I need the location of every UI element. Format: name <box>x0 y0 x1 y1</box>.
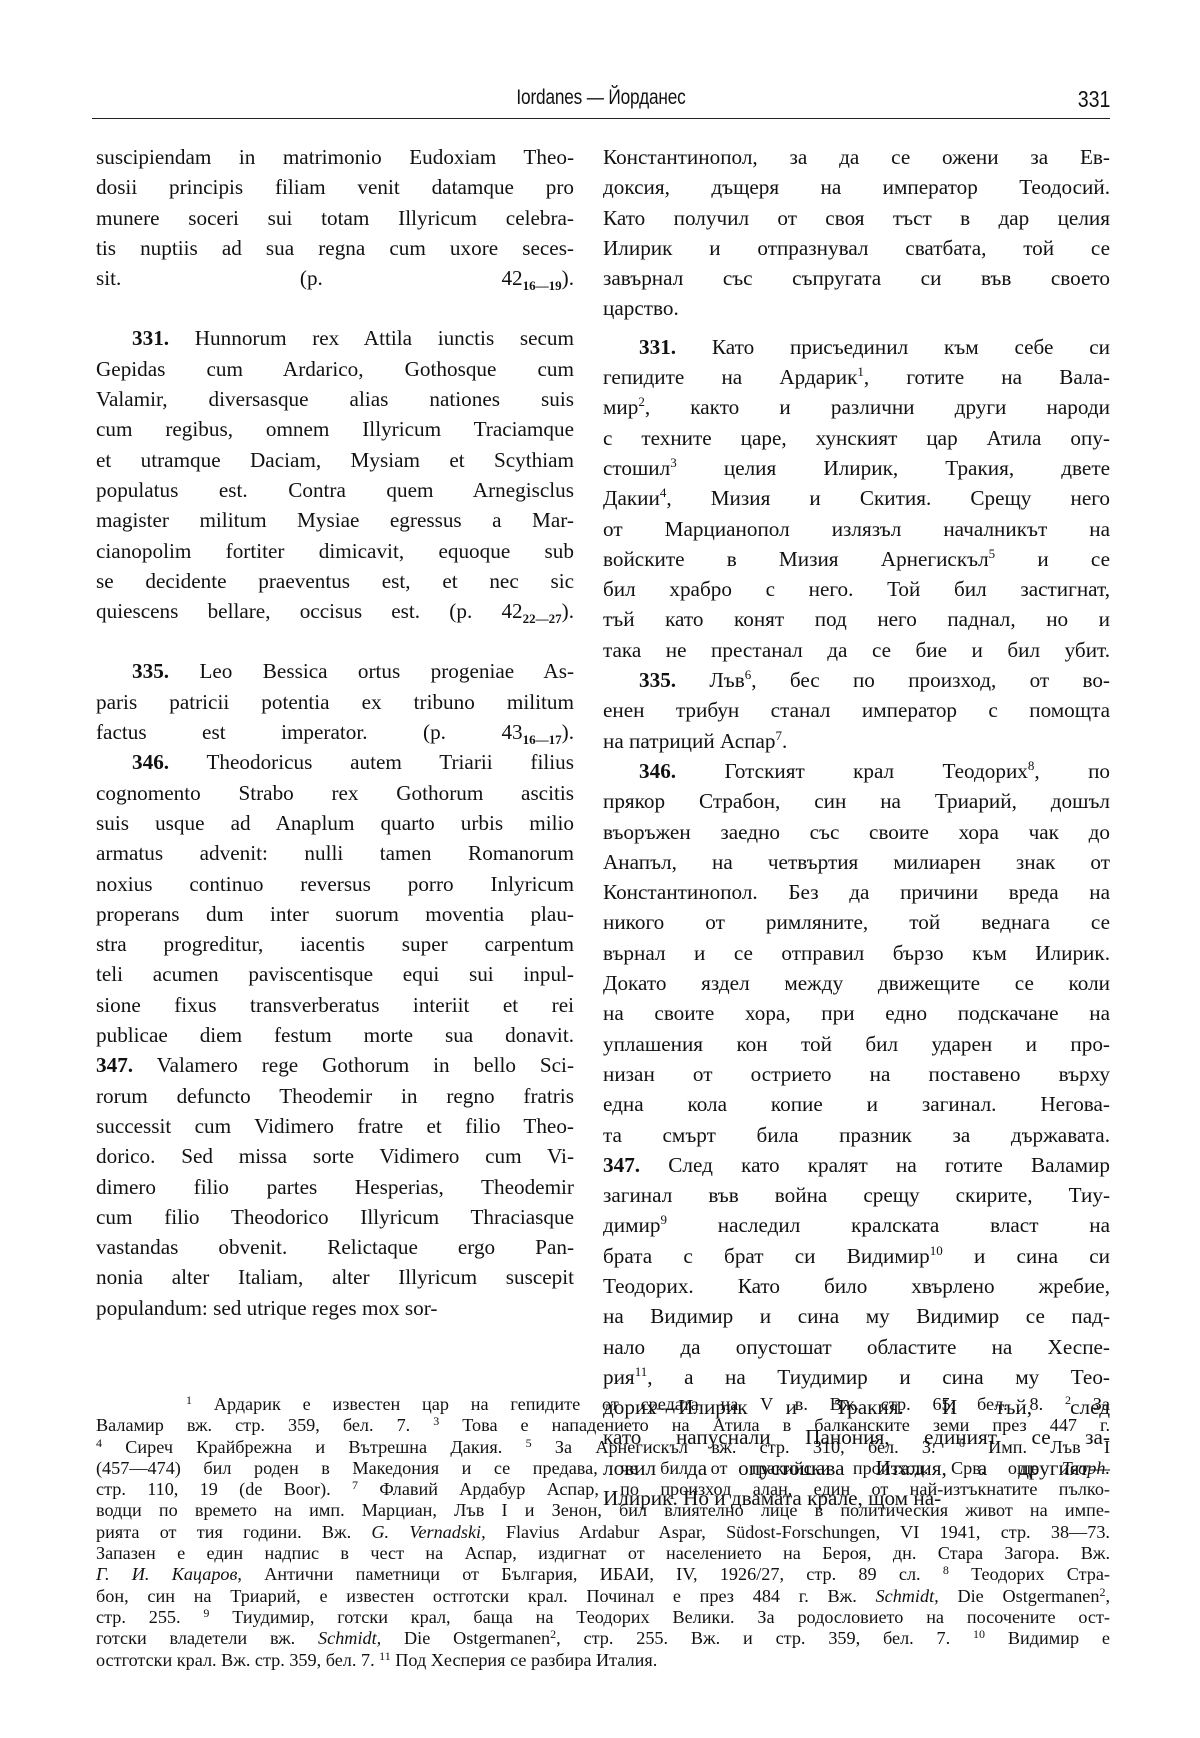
line-text: dimero filio partes Hesperias, Theodemir <box>96 1175 574 1199</box>
line-text: мир <box>603 395 638 419</box>
section-number: 346. <box>132 750 169 774</box>
bulgarian-column: Константинопол, за да се ожени за Ев-док… <box>603 142 1110 1513</box>
page-line-ref: 16—17 <box>523 732 562 747</box>
text-line: войските в Мизия Арнегискъл5 и се <box>603 544 1110 574</box>
line-text: Константинопол, за да се ожени за Ев- <box>603 145 1110 169</box>
line-text: една кола копие и загинал. Негова- <box>603 1092 1110 1116</box>
footnote-text: Валамир вж. стр. 359, бел. 7. <box>96 1415 433 1435</box>
text-line: доксия, дъщеря на император Теодосий. <box>603 172 1110 202</box>
running-title: Iordanes — Йорданес <box>184 86 1019 110</box>
line-text: Готският крал Теодорих <box>676 759 1028 783</box>
line-text: , по <box>1034 759 1110 783</box>
line-text: magister militum Mysiae egressus a Mar- <box>96 508 574 532</box>
section-number: 331. <box>639 335 676 359</box>
line-text: sione fixus transverberatus interiit et … <box>96 993 574 1017</box>
line-text: върнал и се отправил бързо към Илирик. <box>603 941 1110 965</box>
footnote-text: Под Хесперия се разбира Италия. <box>391 1650 658 1670</box>
line-text: ). <box>562 266 574 290</box>
text-line: Теодорих. Като било хвърлено жребие, <box>603 1271 1110 1301</box>
line-text: ). <box>562 599 574 623</box>
text-line: една кола копие и загинал. Негова- <box>603 1089 1110 1119</box>
line-text: димир <box>603 1213 660 1237</box>
footnote-text: Die Ostgermanen <box>381 1628 550 1648</box>
line-text: наследил кралската власт на <box>667 1213 1110 1237</box>
footnote-text: Flavius Ardabur Aspar, Südost-Forschunge… <box>486 1522 1110 1542</box>
footnote-line: готски владетели вж. Schmidt, Die Ostger… <box>96 1628 1110 1649</box>
page-number: 331 <box>1077 86 1110 113</box>
section-number: 335. <box>132 659 169 683</box>
line-text: quiescens bellare, occisus est. (p. 42 <box>96 599 523 623</box>
footnote-line: 4 Сиреч Крайбрежна и Вътрешна Дакия. 5 З… <box>96 1437 1110 1458</box>
text-line: та смърт била празник за държавата. <box>603 1120 1110 1150</box>
text-line: Докато яздел между движещите се коли <box>603 968 1110 998</box>
line-text: dosii principis filiam venit datamque pr… <box>96 175 574 199</box>
text-line: se decidente praeventus est, et nec sic <box>96 566 574 596</box>
line-text: publicae diem festum morte sua donavit. <box>96 1023 574 1047</box>
footnote-text: Флавий Ардабур Аспар, по произход алан, … <box>358 1479 1110 1499</box>
line-text: Hunnorum rex Attila iunctis secum <box>169 326 574 350</box>
footnote-line: остготски крал. Вж. стр. 359, бел. 7. 11… <box>96 1650 1110 1671</box>
footnote-text: готски владетели вж. <box>96 1628 318 1648</box>
footnote-line: Запазен е един надпис в чест на Аспар, и… <box>96 1543 1110 1564</box>
text-line: Дакии4, Мизия и Скития. Срещу него <box>603 483 1110 513</box>
text-line: tis nuptiis ad sua regna cum uxore seces… <box>96 233 574 263</box>
text-line: cognomento Strabo rex Gothorum ascitis <box>96 778 574 808</box>
text-line: vastandas obvenit. Relictaque ergo Pan- <box>96 1232 574 1262</box>
line-text: та смърт била празник за държавата. <box>603 1123 1110 1147</box>
text-line: на патриций Аспар7. <box>603 726 1110 756</box>
line-text: armatus advenit: nulli tamen Romanorum <box>96 841 574 865</box>
line-text: , Мизия и Скития. Срещу него <box>666 486 1110 510</box>
line-text: Докато яздел между движещите се коли <box>603 971 1110 995</box>
text-line: така не престанал да се бие и бил убит. <box>603 635 1110 665</box>
footnote-text: , Антични паметници от България, ИБАИ, I… <box>237 1564 942 1584</box>
text-line: тъй като конят под него паднал, но и <box>603 604 1110 634</box>
line-text: se decidente praeventus est, et nec sic <box>96 569 574 593</box>
line-text: rorum defuncto Theodemir in regno fratri… <box>96 1084 574 1108</box>
text-line: nonia alter Italiam, alter Illyricum sus… <box>96 1262 574 1292</box>
line-text: , както и различни други народи <box>645 395 1110 419</box>
text-line: рия11, а на Тиудимир и сина му Тео- <box>603 1362 1110 1392</box>
text-line: properans dum inter suorum moventia plau… <box>96 899 574 929</box>
footnote-text: стр. 110, 19 (de Boor). <box>96 1479 352 1499</box>
text-line: paris patricii potentia ex tribuno milit… <box>96 687 574 717</box>
line-text: , бес по произход, от во- <box>751 668 1110 692</box>
header-rule <box>92 118 1110 119</box>
text-line: Като получил от своя тъст в дар целия <box>603 203 1110 233</box>
text-line: 331. Като присъединил към себе си <box>603 332 1110 362</box>
text-line: Valamir, diversasque alias nationes suis <box>96 384 574 414</box>
text-line: munere soceri sui totam Illyricum celebr… <box>96 203 574 233</box>
line-text: Теодорих. Като било хвърлено жребие, <box>603 1274 1110 1298</box>
line-text: dorico. Sed missa sorte Vidimero cum Vi- <box>96 1144 574 1168</box>
line-text: tis nuptiis ad sua regna cum uxore seces… <box>96 236 574 260</box>
page-line-ref: 22—27 <box>523 611 562 626</box>
text-line: dorico. Sed missa sorte Vidimero cum Vi- <box>96 1141 574 1171</box>
line-text: ). <box>562 720 574 744</box>
line-text: и сина си <box>943 1244 1110 1268</box>
text-line: енен трибун станал император с помощта <box>603 695 1110 725</box>
section-number: 346. <box>639 759 676 783</box>
paragraph-gap <box>603 324 1110 332</box>
text-line: завърнал със съпругата си във своето <box>603 263 1110 293</box>
text-line: 346. Theodoricus autem Triarii filius <box>96 747 574 777</box>
line-text: с техните царе, хунският цар Атила опу- <box>603 426 1110 450</box>
footnote-text: Теодорих Стра- <box>949 1564 1110 1584</box>
footnote-text: , <box>1105 1586 1110 1606</box>
line-text: стошил <box>603 456 670 480</box>
text-line: 335. Лъв6, бес по произход, от во- <box>603 665 1110 695</box>
line-text: Анапъл, на четвъртия милиарен знак от <box>603 850 1110 874</box>
line-text: Gepidas cum Ardarico, Gothosque cum <box>96 357 574 381</box>
line-text: cianopolim fortiter dimicavit, equoque s… <box>96 539 574 563</box>
text-line: Константинопол. Без да причини вреда на <box>603 877 1110 907</box>
text-line: царство. <box>603 293 1110 323</box>
paragraph-gap <box>96 626 574 656</box>
footnote-text: водци по времето на имп. Марциан, Лъв I … <box>96 1500 1110 1520</box>
text-line: stra progreditur, iacentis super carpent… <box>96 929 574 959</box>
text-line: sit. (p. 4216—19). <box>96 263 574 293</box>
line-text: от Марцианопол излязъл началникът на <box>603 517 1110 541</box>
page-line-ref: 16—19 <box>523 278 562 293</box>
line-text: Лъв <box>676 668 745 692</box>
text-line: cum regibus, omnem Illyricum Traciamque <box>96 414 574 444</box>
text-line: Константинопол, за да се ожени за Ев- <box>603 142 1110 172</box>
line-text: cum regibus, omnem Illyricum Traciamque <box>96 417 574 441</box>
line-text: никого от римляните, той веднага се <box>603 910 1110 934</box>
footnote-text: Това е нападението на Атила в балканскит… <box>439 1415 1110 1435</box>
latin-column: suscipiendam in matrimonio Eudoxiam Theo… <box>96 142 574 1323</box>
line-text: на Видимир и сина му Видимир се пад- <box>603 1304 1110 1328</box>
line-text: целия Илирик, Тракия, двете <box>677 456 1110 480</box>
text-line: от Марцианопол излязъл началникът на <box>603 514 1110 544</box>
text-line: Gepidas cum Ardarico, Gothosque cum <box>96 354 574 384</box>
footnote-marker: 11 <box>379 1649 391 1663</box>
line-text: завърнал със съпругата си във своето <box>603 266 1110 290</box>
text-line: мир2, както и различни други народи <box>603 392 1110 422</box>
section-number: 331. <box>132 326 169 350</box>
line-text: Valamir, diversasque alias nationes suis <box>96 387 574 411</box>
footnote-text: Видимир е <box>985 1628 1110 1648</box>
footnote-line: стр. 255. 9 Тиудимир, готски крал, баща … <box>96 1607 1110 1628</box>
line-text: nonia alter Italiam, alter Illyricum sus… <box>96 1265 574 1289</box>
footnote-line: (457—474) бил роден в Македония и се пре… <box>96 1458 1110 1479</box>
line-text: Константинопол. Без да причини вреда на <box>603 880 1110 904</box>
text-line: на Видимир и сина му Видимир се пад- <box>603 1301 1110 1331</box>
section-number: 347. <box>603 1153 640 1177</box>
text-line: загинал във война срещу скирите, Тиу- <box>603 1180 1110 1210</box>
line-text: уплашения кон той бил ударен и про- <box>603 1032 1110 1056</box>
footnote-text: Имп. Лъв I <box>965 1437 1110 1457</box>
text-line: 347. Valamero rege Gothorum in bello Sci… <box>96 1050 574 1080</box>
text-line: armatus advenit: nulli tamen Romanorum <box>96 838 574 868</box>
line-text: нало да опустошат областите на Хеспе- <box>603 1335 1110 1359</box>
text-line: factus est imperator. (p. 4316—17). <box>96 717 574 747</box>
line-text: cognomento Strabo rex Gothorum ascitis <box>96 781 574 805</box>
line-text: , а на Тиудимир и сина му Тео- <box>647 1365 1110 1389</box>
section-number: 335. <box>639 668 676 692</box>
line-text: на своите хора, при едно подскачане на <box>603 1001 1110 1025</box>
footnote-text: стр. 255. <box>96 1607 203 1627</box>
footnote-text: Тиудимир, готски крал, баща на Теодорих … <box>209 1607 1110 1627</box>
footnote-line: Валамир вж. стр. 359, бел. 7. 3 Това е н… <box>96 1415 1110 1436</box>
text-line: на своите хора, при едно подскачане на <box>603 998 1110 1028</box>
text-line: teli acumen paviscentisque equi sui inpu… <box>96 959 574 989</box>
line-text: et utramque Daciam, Mysiam et Scythiam <box>96 448 574 472</box>
paragraph-gap <box>96 293 574 323</box>
text-line: populatus est. Contra quem Arnegisclus <box>96 475 574 505</box>
cited-author: Schmidt, <box>318 1628 381 1648</box>
line-text: Valamero rege Gothorum in bello Sci- <box>133 1053 574 1077</box>
footnote-text: бон, син на Триарий, е известен остготск… <box>96 1586 876 1606</box>
line-text: Като присъединил към себе си <box>676 335 1110 359</box>
footnote-line: стр. 110, 19 (de Boor). 7 Флавий Ардабур… <box>96 1479 1110 1500</box>
line-text: низан от острието на поставено върху <box>603 1062 1110 1086</box>
line-text: прякор Страбон, син на Триарий, дошъл <box>603 789 1110 813</box>
line-text: sit. (p. 42 <box>96 266 523 290</box>
text-line: publicae diem festum morte sua donavit. <box>96 1020 574 1050</box>
text-line: quiescens bellare, occisus est. (p. 4222… <box>96 596 574 626</box>
line-text: брата с брат си Видимир <box>603 1244 930 1268</box>
line-text: рия <box>603 1365 635 1389</box>
line-text: След като кралят на готите Валамир <box>640 1153 1110 1177</box>
text-line: sione fixus transverberatus interiit et … <box>96 990 574 1020</box>
line-text: доксия, дъщеря на император Теодосий. <box>603 175 1110 199</box>
line-text: гепидите на Ардарик <box>603 365 857 389</box>
footnotes: 1 Ардарик е известен цар на гепидите от … <box>96 1394 1110 1671</box>
text-line: 347. След като кралят на готите Валамир <box>603 1150 1110 1180</box>
footnote-text: остготски крал. Вж. стр. 359, бел. 7. <box>96 1650 379 1670</box>
line-text: Илирик и отпразнувал сватбата, той се <box>603 236 1110 260</box>
line-text: teli acumen paviscentisque equi sui inpu… <box>96 962 574 986</box>
line-text: cum filio Theodorico Illyricum Thraciasq… <box>96 1205 574 1229</box>
line-text: paris patricii potentia ex tribuno milit… <box>96 690 574 714</box>
footnote-line: Г. И. Кацаров, Антични паметници от Бълг… <box>96 1564 1110 1585</box>
line-text: , готите на Вала- <box>864 365 1110 389</box>
text-line: никого от римляните, той веднага се <box>603 907 1110 937</box>
line-text: properans dum inter suorum moventia plau… <box>96 902 574 926</box>
text-line: уплашения кон той бил ударен и про- <box>603 1029 1110 1059</box>
line-text: Дакии <box>603 486 660 510</box>
line-text: Като получил от своя тъст в дар целия <box>603 206 1110 230</box>
line-text: на патриций Аспар <box>603 729 776 753</box>
text-line: димир9 наследил кралската власт на <box>603 1210 1110 1240</box>
footnote-ref: 11 <box>635 1364 648 1379</box>
text-line: с техните царе, хунският цар Атила опу- <box>603 423 1110 453</box>
text-line: cum filio Theodorico Illyricum Thraciasq… <box>96 1202 574 1232</box>
section-number: 347. <box>96 1053 133 1077</box>
text-line: populandum: sed utrique reges mox sor- <box>96 1293 574 1323</box>
line-text: munere soceri sui totam Illyricum celebr… <box>96 206 574 230</box>
footnote-line: водци по времето на имп. Марциан, Лъв I … <box>96 1500 1110 1521</box>
line-text: suscipiendam in matrimonio Eudoxiam Theo… <box>96 145 574 169</box>
book-page: Iordanes — Йорданес 331 suscipiendam in … <box>0 0 1200 1738</box>
line-text: vastandas obvenit. Relictaque ergo Pan- <box>96 1235 574 1259</box>
text-line: Анапъл, на четвъртия милиарен знак от <box>603 847 1110 877</box>
line-text: загинал във война срещу скирите, Тиу- <box>603 1183 1110 1207</box>
cited-author: Schmidt, <box>876 1586 939 1606</box>
line-text: Theodoricus autem Triarii filius <box>169 750 574 774</box>
text-line: noxius continuo reversus porro Inlyricum <box>96 869 574 899</box>
line-text: . <box>782 729 787 753</box>
text-line: бил храбро с него. Той бил застигнат, <box>603 574 1110 604</box>
footnote-line: рията от тия години. Вж. G. Vernadski, F… <box>96 1522 1110 1543</box>
line-text: въоръжен заедно със своите хора чак до <box>603 820 1110 844</box>
cited-author: Г. И. Кацаров <box>96 1564 237 1584</box>
text-line: et utramque Daciam, Mysiam et Scythiam <box>96 445 574 475</box>
text-line: suscipiendam in matrimonio Eudoxiam Theo… <box>96 142 574 172</box>
line-text: бил храбро с него. Той бил застигнат, <box>603 577 1110 601</box>
text-line: стошил3 целия Илирик, Тракия, двете <box>603 453 1110 483</box>
line-text: populandum: sed utrique reges mox sor- <box>96 1296 437 1320</box>
footnote-text: рията от тия години. Вж. <box>96 1522 371 1542</box>
text-line: гепидите на Ардарик1, готите на Вала- <box>603 362 1110 392</box>
text-line: въоръжен заедно със своите хора чак до <box>603 817 1110 847</box>
line-text: и се <box>995 547 1110 571</box>
text-line: 331. Hunnorum rex Attila iunctis secum <box>96 323 574 353</box>
text-line: 346. Готският крал Теодорих8, по <box>603 756 1110 786</box>
text-line: cianopolim fortiter dimicavit, equoque s… <box>96 536 574 566</box>
footnote-line: бон, син на Триарий, е известен остготск… <box>96 1586 1110 1607</box>
line-text: successit cum Vidimero fratre et filio T… <box>96 1114 574 1138</box>
footnote-text: Ардарик е известен цар на гепидите от ср… <box>192 1394 1065 1414</box>
line-text: populatus est. Contra quem Arnegisclus <box>96 478 574 502</box>
footnote-text: , стр. 255. Вж. и стр. 359, бел. 7. <box>556 1628 973 1648</box>
running-head: Iordanes — Йорданес 331 <box>92 86 1110 116</box>
text-line: dimero filio partes Hesperias, Theodemir <box>96 1172 574 1202</box>
line-text: войските в Мизия Арнегискъл <box>603 547 989 571</box>
line-text: factus est imperator. (p. 43 <box>96 720 523 744</box>
line-text: stra progreditur, iacentis super carpent… <box>96 932 574 956</box>
text-line: successit cum Vidimero fratre et filio T… <box>96 1111 574 1141</box>
text-line: magister militum Mysiae egressus a Mar- <box>96 505 574 535</box>
footnote-text: (457—474) бил роден в Македония и се пре… <box>96 1458 1062 1478</box>
footnote-marker: 10 <box>973 1627 985 1641</box>
text-line: прякор Страбон, син на Триарий, дошъл <box>603 786 1110 816</box>
footnote-text: За Арнегискъл вж. стр. 310, бел. 3. <box>532 1437 959 1457</box>
text-line: нало да опустошат областите на Хеспе- <box>603 1332 1110 1362</box>
cited-author: G. Vernadski, <box>371 1522 485 1542</box>
footnote-line: 1 Ардарик е известен цар на гепидите от … <box>96 1394 1110 1415</box>
line-text: така не престанал да се бие и бил убит. <box>603 638 1110 662</box>
text-line: rorum defuncto Theodemir in regno fratri… <box>96 1081 574 1111</box>
line-text: noxius continuo reversus porro Inlyricum <box>96 872 574 896</box>
text-line: брата с брат си Видимир10 и сина си <box>603 1241 1110 1271</box>
footnote-text: Die Ostgermanen <box>939 1586 1100 1606</box>
footnote-text: Запазен е един надпис в чест на Аспар, и… <box>96 1543 1110 1563</box>
footnote-text: За <box>1071 1394 1110 1414</box>
text-line: suis usque ad Anaplum quarto urbis milio <box>96 808 574 838</box>
text-line: низан от острието на поставено върху <box>603 1059 1110 1089</box>
footnote-ref: 10 <box>930 1243 943 1258</box>
text-line: Илирик и отпразнувал сватбата, той се <box>603 233 1110 263</box>
footnote-text: Сиреч Крайбрежна и Вътрешна Дакия. <box>102 1437 526 1457</box>
line-text: царство. <box>603 296 679 320</box>
line-text: suis usque ad Anaplum quarto urbis milio <box>96 811 574 835</box>
cited-author: Teoph. <box>1062 1458 1110 1478</box>
line-text: тъй като конят под него паднал, но и <box>603 607 1110 631</box>
text-line: 335. Leo Bessica ortus progeniae As- <box>96 656 574 686</box>
text-line: върнал и се отправил бързо към Илирик. <box>603 938 1110 968</box>
line-text: енен трибун станал император с помощта <box>603 698 1110 722</box>
line-text: Leo Bessica ortus progeniae As- <box>169 659 574 683</box>
text-line: dosii principis filiam venit datamque pr… <box>96 172 574 202</box>
